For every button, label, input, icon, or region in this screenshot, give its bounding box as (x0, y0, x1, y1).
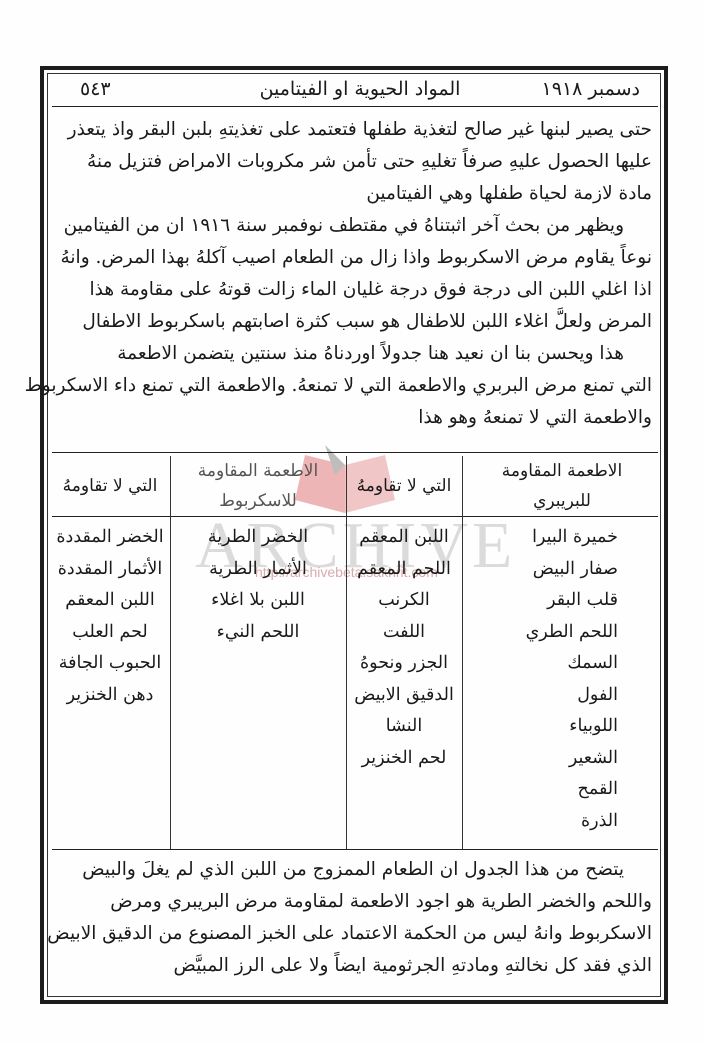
header-line: التي لا تقاومهُ (50, 456, 170, 516)
header-rule (52, 106, 658, 107)
table-header-beriberi-resistant: الاطعمة المقاومة للبريبري (462, 456, 662, 516)
text-line: نوعاً يقاوم مرض الاسكربوط واذا زال من ال… (48, 242, 652, 274)
text-line: الذي فقد كل نخالتهِ ومادتهِ الجرثومية اي… (48, 950, 652, 982)
header-line: التي لا تقاومهُ (346, 456, 462, 516)
paragraph-2: ويظهر من بحث آخر اثبتناهُ في مقتطف نوفمب… (48, 210, 652, 338)
table-cell: النشا (346, 711, 462, 743)
table-cell: اللحم النيء (170, 617, 346, 649)
table-cell: اللحم الطري (462, 617, 652, 649)
text-line: الاسكربوط وانهُ ليس من الحكمة الاعتماد ع… (48, 918, 652, 950)
table-cell: السمك (462, 648, 652, 680)
table-cell: اللوبياء (462, 711, 652, 743)
column-scurvy-resistant: الخضر الطرية الأثمار الطرية اللبن بلا اغ… (170, 522, 346, 648)
paragraph-3: هذا ويحسن بنا ان نعيد هنا جدولاً اوردناه… (48, 338, 652, 434)
table-cell: الأثمار الطرية (170, 554, 346, 586)
table-cell: الخضر المقددة (50, 522, 170, 554)
text-line: عليها الحصول عليهِ صرفاً تغليهِ حتى تأمن… (48, 146, 652, 178)
table-cell: لحم العلب (50, 617, 170, 649)
column-scurvy-non-resistant: الخضر المقددة الأثمار المقددة اللبن المع… (50, 522, 170, 711)
table-header-beriberi-non-resistant: التي لا تقاومهُ (346, 456, 462, 516)
table-top-rule (52, 452, 658, 453)
table-bottom-rule (52, 849, 658, 850)
table-cell: الذرة (462, 806, 652, 838)
table-cell: قلب البقر (462, 585, 652, 617)
page-number: ٥٤٣ (80, 78, 111, 100)
header-line: الاطعمة المقاومة (462, 456, 662, 486)
table-header-scurvy-non-resistant: التي لا تقاومهُ (50, 456, 170, 516)
header-line: للاسكربوط (170, 486, 346, 516)
table-cell: اللبن المعقم (50, 585, 170, 617)
table-cell: دهن الخنزير (50, 680, 170, 712)
column-beriberi-non-resistant: اللبن المعقم اللحم المعقم الكرنب اللفت ا… (346, 522, 462, 774)
table-cell: الخضر الطرية (170, 522, 346, 554)
table-header-rule (52, 516, 658, 517)
text-line: يتضح من هذا الجدول ان الطعام الممزوج من … (48, 854, 652, 886)
header-line: للبريبري (462, 486, 662, 516)
table-cell: الفول (462, 680, 652, 712)
table-cell: اللحم المعقم (346, 554, 462, 586)
text-line: والاطعمة التي لا تمنعهُ وهو هذا (48, 402, 652, 434)
paragraph-1: حتى يصير لبنها غير صالح لتغذية طفلها فتع… (48, 114, 652, 210)
text-line: التي تمنع مرض البربري والاطعمة التي لا ت… (48, 370, 652, 402)
text-line: ويظهر من بحث آخر اثبتناهُ في مقتطف نوفمب… (48, 210, 652, 242)
running-header: دسمبر ١٩١٨ المواد الحيوية او الفيتامين ٥… (60, 76, 660, 106)
text-line: حتى يصير لبنها غير صالح لتغذية طفلها فتع… (48, 114, 652, 146)
table-cell: الكرنب (346, 585, 462, 617)
table-cell: الشعير (462, 743, 652, 775)
table-header-scurvy-resistant: الاطعمة المقاومة للاسكربوط (170, 456, 346, 516)
table-cell: اللفت (346, 617, 462, 649)
column-beriberi-resistant: خميرة البيرا صفار البيض قلب البقر اللحم … (462, 522, 652, 837)
table-cell: الجزر ونحوهُ (346, 648, 462, 680)
text-line: مادة لازمة لحياة طفلها وهي الفيتامين (48, 178, 652, 210)
text-line: اذا اغلي اللبن الى درجة فوق درجة غليان ا… (48, 274, 652, 306)
table-cell: اللبن بلا اغلاء (170, 585, 346, 617)
paragraph-4: يتضح من هذا الجدول ان الطعام الممزوج من … (48, 854, 652, 982)
table-cell: صفار البيض (462, 554, 652, 586)
table-cell: القمح (462, 774, 652, 806)
table-cell: الحبوب الجافة (50, 648, 170, 680)
header-line: الاطعمة المقاومة (170, 456, 346, 486)
text-line: هذا ويحسن بنا ان نعيد هنا جدولاً اوردناه… (48, 338, 652, 370)
table-cell: اللبن المعقم (346, 522, 462, 554)
table-cell: خميرة البيرا (462, 522, 652, 554)
header-title: المواد الحيوية او الفيتامين (60, 78, 660, 100)
table-cell: الأثمار المقددة (50, 554, 170, 586)
text-line: واللحم والخضر الطرية هو اجود الاطعمة لمق… (48, 886, 652, 918)
table-cell: الدقيق الابيض (346, 680, 462, 712)
text-line: المرض ولعلَّ اغلاء اللبن للاطفال هو سبب … (48, 306, 652, 338)
table-cell: لحم الخنزير (346, 743, 462, 775)
